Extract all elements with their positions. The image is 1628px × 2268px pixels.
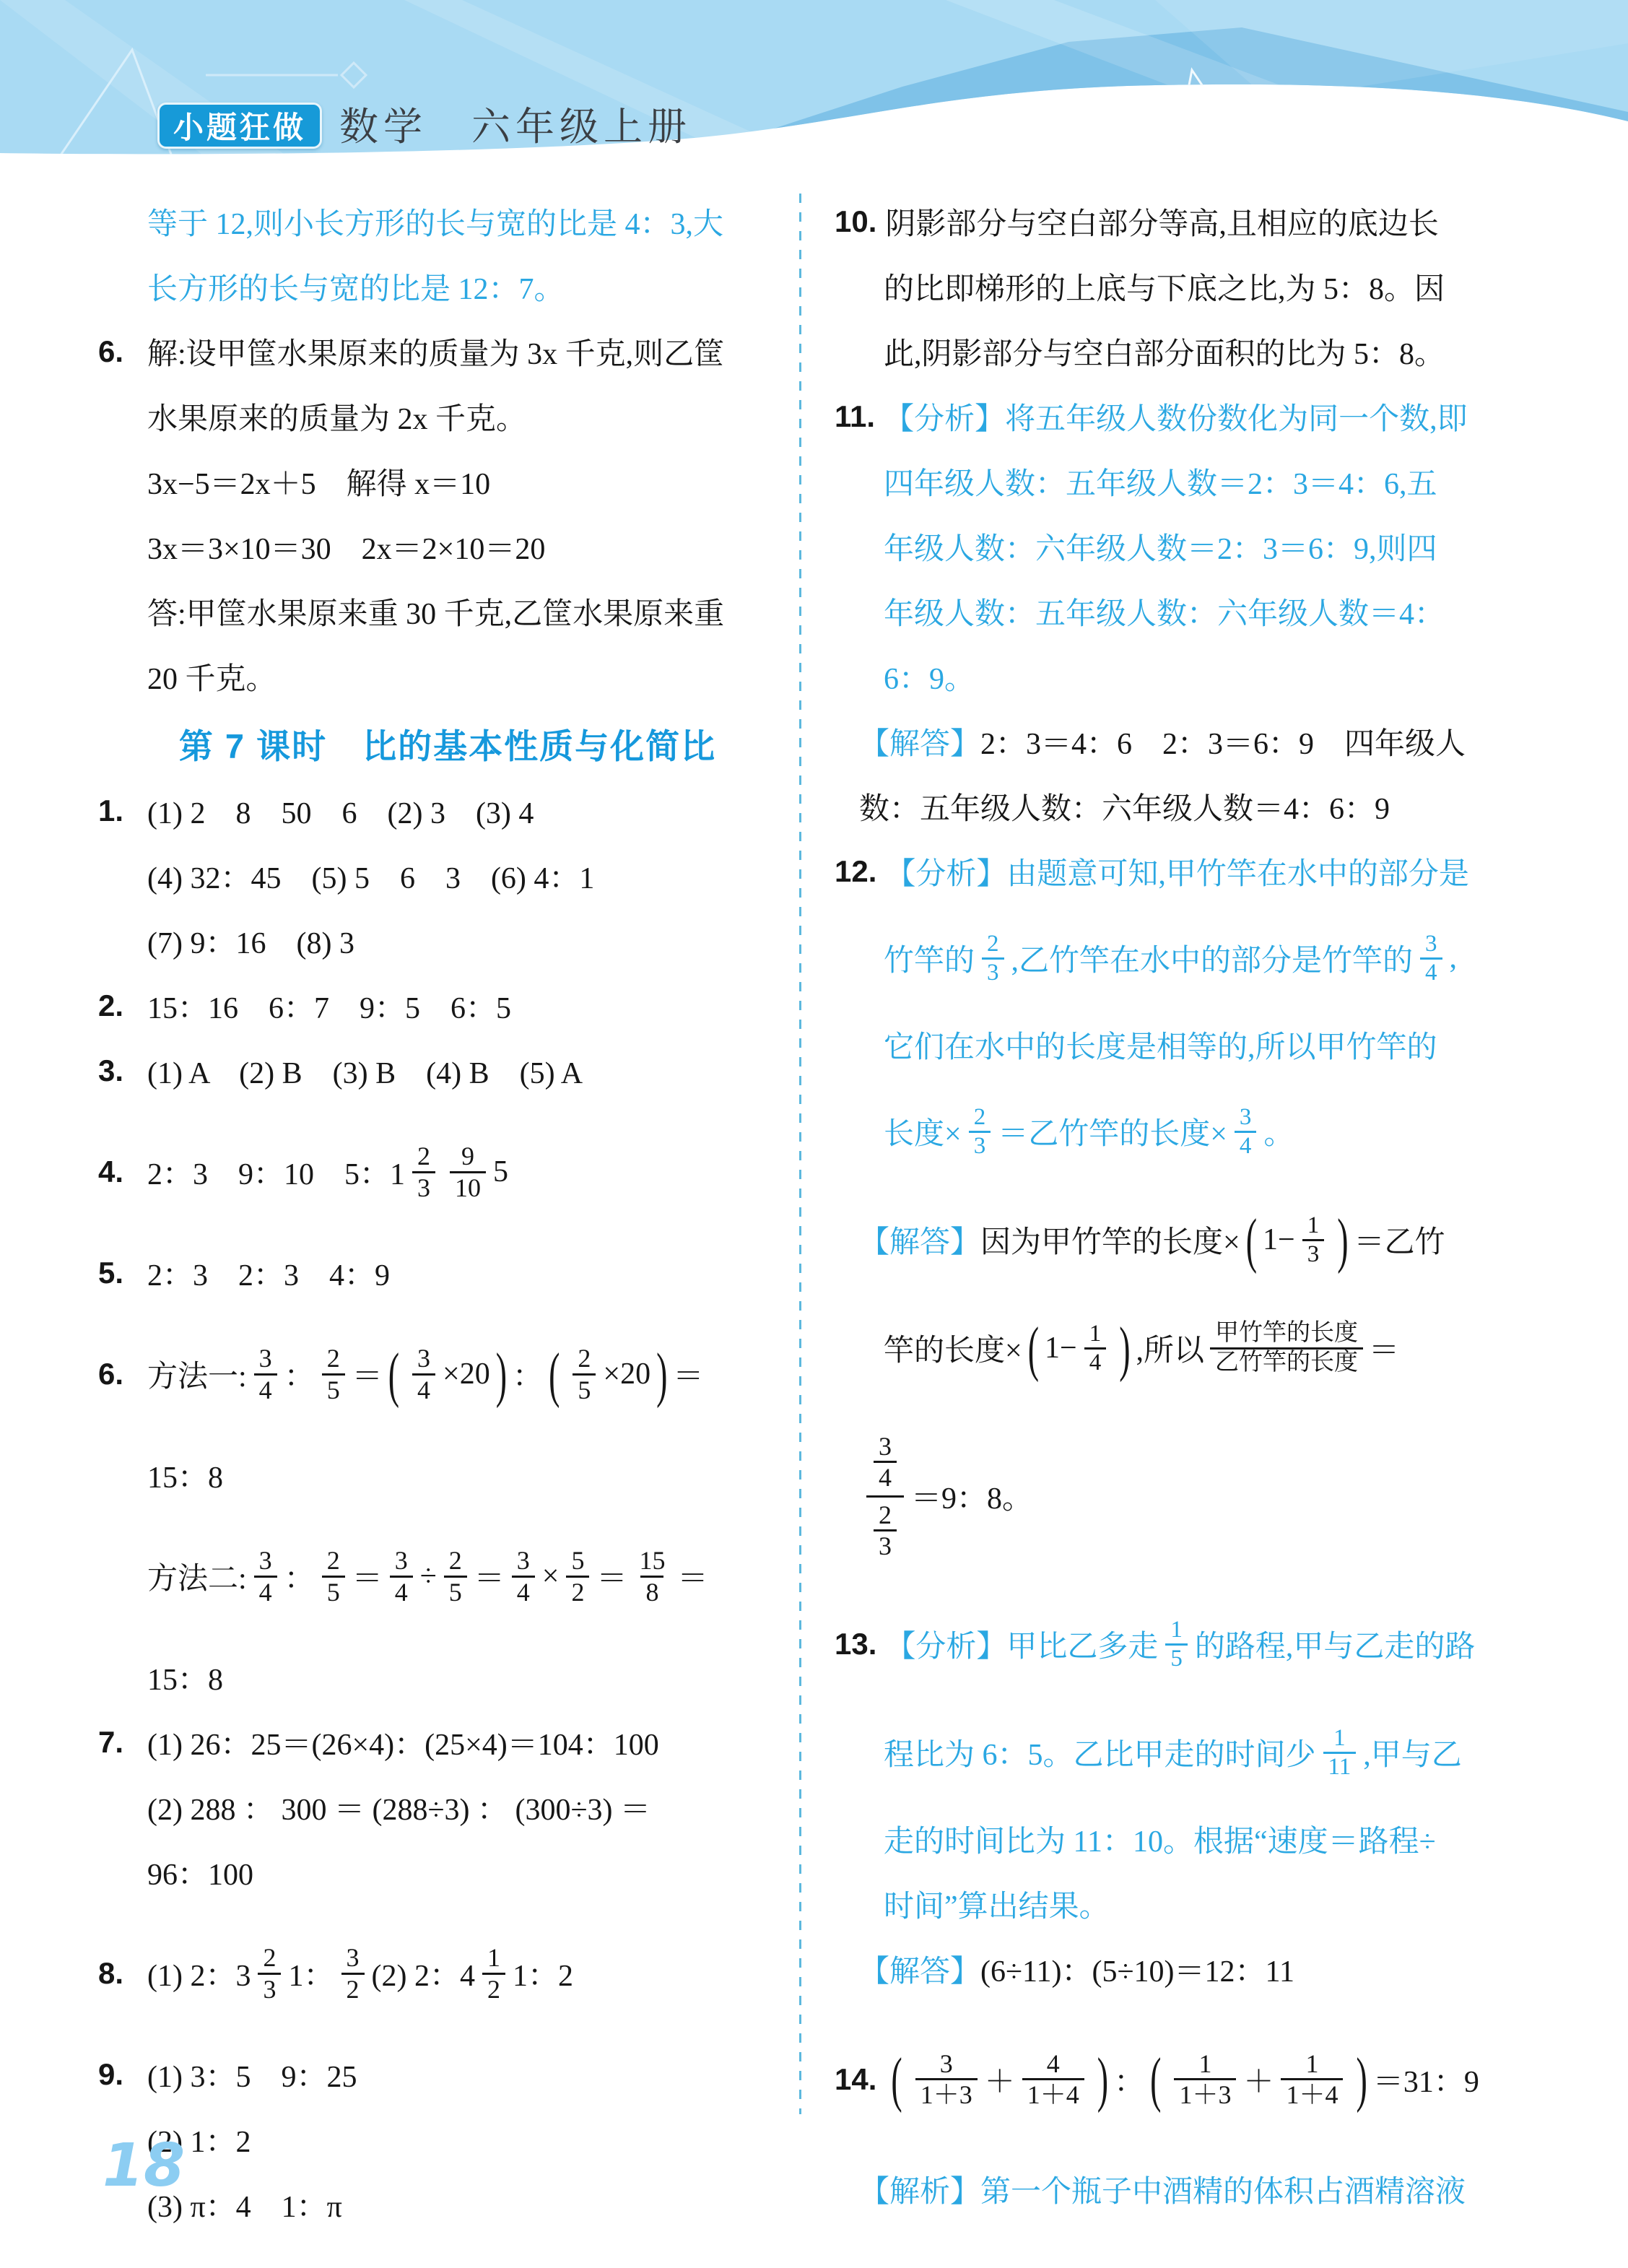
answer-line: 7.(1) 26：25＝(26×4)：(25×4)＝104：100 (98, 1710, 797, 1775)
fraction: 14 (1084, 1321, 1107, 1376)
answer-text: 长度× (884, 1110, 962, 1153)
answer-text: 方法一: (147, 1352, 247, 1396)
fraction: 34 (1235, 1104, 1257, 1160)
fraction: 34 (874, 1432, 897, 1493)
answer-text: 年级人数：六年级人数＝2：3＝6：9,则四 (884, 525, 1437, 568)
fraction: 32 (341, 1943, 365, 2004)
left-paren: ( (1246, 1204, 1257, 1275)
answer-line: 长度× 23 ＝乙竹竿的长度× 34 。 (835, 1077, 1553, 1186)
right-column: 10.阴影部分与空白部分等高,且相应的底边长 的比即梯形的上底与下底之比,为 5… (835, 189, 1553, 2222)
answer-text: 程比为 6：5。乙比甲走的时间少 (884, 1731, 1316, 1774)
fraction: 25 (322, 1546, 345, 1607)
fraction: 34 (512, 1546, 535, 1607)
answer-text: 3x−5＝2x＋5 解得 x＝10 (147, 460, 490, 503)
answer-line: 数：五年级人数：六年级人数＝4：6：9 (835, 774, 1553, 839)
answer-line: 年级人数：六年级人数＝2：3＝6：9,则四 (835, 514, 1553, 579)
item-number: 13. (835, 1627, 876, 1661)
answer-line: 此,阴影部分与空白部分面积的比为 5：8。 (835, 319, 1553, 384)
answer-line: 6.解:设甲筐水果原来的质量为 3x 千克,则乙筐 (98, 319, 797, 384)
answer-text: ,乙竹竿在水中的部分是竹竿的 (1011, 937, 1414, 980)
answer-text: (1) 2 8 50 6 (2) 3 (3) 4 (147, 789, 534, 833)
workbook-answer-page: { "header": { "badge": "小题狂做", "title": … (0, 0, 1628, 2268)
header-wave-graphic (0, 0, 1628, 188)
answer-text: 解:设甲筐水果原来的质量为 3x 千克,则乙筐 (147, 330, 724, 373)
answer-line: 15：8 (98, 1443, 797, 1508)
ratio-colon: ： (284, 1352, 315, 1396)
answer-text: 将五年级人数份数化为同一个数,即 (1005, 395, 1468, 438)
left-paren: ( (549, 1339, 560, 1409)
answer-line: 3x−5＝2x＋5 解得 x＝10 (98, 449, 797, 514)
fraction: 41＋4 (1022, 2049, 1084, 2110)
answer-line: 时间”算出结果。 (835, 1872, 1553, 1937)
right-paren: ) (1337, 1204, 1348, 1275)
answer-line: 的比即梯形的上底与下底之比,为 5：8。因 (835, 254, 1553, 319)
answer-line: 5.2：3 2：3 4：9 (98, 1241, 797, 1305)
equals-sign: ＝ (596, 1555, 627, 1598)
right-paren: ) (496, 1339, 507, 1409)
plus-sign: ＋ (1243, 2058, 1274, 2101)
answer-text: 它们在水中的长度是相等的,所以甲竹竿的 (884, 1023, 1437, 1066)
fraction: 34 (1420, 931, 1442, 986)
fraction: 31＋3 (915, 2049, 978, 2110)
answer-line: 4. 2：3 9：10 5：1 23 910 5 (98, 1103, 797, 1241)
answer-line: 四年级人数：五年级人数＝2：3＝4：6,五 (835, 449, 1553, 514)
answer-text: 等于 12,则小长方形的长与宽的比是 4：3,大 (147, 200, 723, 243)
answer-text: 2：3 2：3 4：9 (147, 1251, 390, 1295)
page-header: 小题狂做 数学 六年级上册 (0, 0, 1628, 188)
answer-text: 15：8 (147, 1656, 223, 1699)
item-number: 8. (98, 1956, 139, 1991)
answer-text: ,甲与乙 (1363, 1731, 1462, 1774)
answer-text: (1) 26：25＝(26×4)：(25×4)＝104：100 (147, 1721, 659, 1764)
answer-text: 竹竿的 (884, 937, 975, 980)
item-number: 3. (98, 1053, 139, 1088)
book-title: 数学 六年级上册 (339, 103, 692, 144)
answer-line: 1.(1) 2 8 50 6 (2) 3 (3) 4 (98, 778, 797, 843)
page-number: 18 (103, 2132, 185, 2200)
answer-line: 长方形的长与宽的比是 12：7。 (98, 254, 797, 319)
answer-text: (2) 2：4 (372, 1952, 475, 1995)
fraction: 13 (1302, 1212, 1325, 1268)
item-number: 14. (835, 2062, 876, 2097)
times-sign: × (542, 1559, 560, 1594)
item-number: 9. (98, 2057, 139, 2092)
answer-line: 12.【分析】由题意可知,甲竹竿在水中的部分是 (835, 839, 1553, 904)
fraction: 25 (444, 1546, 467, 1607)
fraction: 12 (482, 1943, 505, 2004)
answer-text: 时间”算出结果。 (884, 1882, 1110, 1926)
answer-text: ＝乙竹竿的长度× (998, 1110, 1227, 1153)
fraction: 15 (1165, 1617, 1188, 1672)
answer-line: 等于 12,则小长方形的长与宽的比是 4：3,大 (98, 189, 797, 254)
answer-text: 96：100 (147, 1851, 253, 1894)
fraction: 158 (634, 1546, 670, 1607)
fraction: 11＋4 (1281, 2049, 1343, 2110)
answer-line: 6. 方法一: 34 ： 25 ＝ ( 34 ×20 ) ： ( 25 ×20 … (98, 1305, 797, 1443)
plus-sign: ＋ (985, 2058, 1015, 2101)
answer-text: 水果原来的质量为 2x 千克。 (147, 395, 526, 438)
fraction: 23 (412, 1142, 435, 1202)
item-number: 6. (98, 1357, 139, 1391)
item-number: 6. (98, 334, 139, 369)
ratio-colon: ： (284, 1555, 315, 1598)
answer-text: (7) 9：16 (8) 3 (147, 919, 354, 963)
answer-line: 3x＝3×10＝30 2x＝2×10＝20 (98, 514, 797, 579)
answer-text: 5 (493, 1155, 508, 1189)
answer-line: 它们在水中的长度是相等的,所以甲竹竿的 (835, 1012, 1553, 1077)
equals-sign: ＝ (352, 1352, 383, 1396)
divide-sign: ÷ (420, 1559, 437, 1594)
answer-line: 15：8 (98, 1645, 797, 1710)
analysis-label: 【分析】 (885, 1622, 1006, 1666)
answer-text: (1) A (2) B (3) B (4) B (5) A (147, 1049, 583, 1092)
answer-text: 1− (1045, 1331, 1077, 1365)
section-heading: 第 7 课时 比的基本性质与化简比 (98, 709, 797, 778)
answer-text: ＝乙竹 (1354, 1218, 1445, 1261)
answer-text: (1) 2：3 (147, 1952, 251, 1995)
answer-line: 11.【分析】将五年级人数份数化为同一个数,即 (835, 384, 1553, 449)
answer-text: 。 (1263, 1110, 1294, 1153)
fraction: 34 (412, 1344, 435, 1404)
answer-line: (4) 32：45 (5) 5 6 3 (6) 4：1 (98, 843, 797, 908)
answer-text: 1：2 (513, 1952, 573, 1995)
answer-line: (2) 288 ： 300 ＝ (288÷3) ： (300÷3) ＝ (98, 1775, 797, 1840)
answer-line: (7) 9：16 (8) 3 (98, 908, 797, 973)
right-paren: ) (656, 1339, 667, 1409)
fraction: 23 (258, 1943, 281, 2004)
answer-text: 的比即梯形的上底与下底之比,为 5：8。因 (884, 265, 1445, 308)
left-column: 等于 12,则小长方形的长与宽的比是 4：3,大 长方形的长与宽的比是 12：7… (98, 189, 797, 2237)
answer-line: 程比为 6：5。乙比甲走的时间少 111 ,甲与乙 (835, 1698, 1553, 1807)
fraction: 11＋3 (1174, 2049, 1236, 2110)
answer-text: 的路程,甲与乙走的路 (1195, 1622, 1476, 1666)
ratio-colon: ： (513, 1352, 543, 1396)
left-paren: ( (891, 2043, 902, 2114)
fraction: 23 (982, 931, 1004, 986)
column-divider (799, 194, 801, 2114)
answer-text: 第一个瓶子中酒精的体积占酒精溶液 (980, 2168, 1466, 2211)
answer-line: 8. (1) 2：3 23 1： 32 (2) 2：4 12 1：2 (98, 1905, 797, 2042)
item-number: 7. (98, 1725, 139, 1760)
analysis-label: 【分析】 (884, 395, 1005, 438)
fraction: 25 (322, 1344, 345, 1404)
solution-label: 【解答】 (859, 1947, 980, 1991)
answer-text: 1− (1263, 1222, 1295, 1257)
fraction: 34 (390, 1546, 413, 1607)
explanation-label: 【解析】 (859, 2168, 980, 2211)
answer-line: 水果原来的质量为 2x 千克。 (98, 384, 797, 449)
equals-sign: ＝ (474, 1555, 505, 1598)
answer-text: 因为甲竹竿的长度× (980, 1218, 1240, 1261)
item-number: 1. (98, 794, 139, 828)
answer-line: 答:甲筐水果原来重 30 千克,乙筐水果原来重 (98, 579, 797, 644)
answer-text: 答:甲筐水果原来重 30 千克,乙筐水果原来重 (147, 590, 724, 633)
answer-text: ×20 (603, 1357, 650, 1391)
item-number: 4. (98, 1155, 139, 1189)
answer-text: ＝31：9 (1373, 2058, 1479, 2101)
ratio-colon: ： (1114, 2058, 1144, 2101)
answer-text: 3x＝3×10＝30 2x＝2×10＝20 (147, 525, 545, 568)
complex-fraction: 34 23 (866, 1429, 904, 1563)
left-paren: ( (388, 1339, 399, 1409)
item-number: 11. (835, 399, 875, 434)
item-number: 12. (835, 854, 876, 889)
answer-text: 方法二: (147, 1555, 247, 1598)
answer-line: 走的时间比为 11：10。根据“速度＝路程÷ (835, 1807, 1553, 1872)
right-paren: ) (1097, 2043, 1108, 2114)
answer-line: 方法二: 34 ： 25 ＝ 34 ÷ 25 ＝ 34 × 52 ＝ 158 ＝ (98, 1508, 797, 1645)
answer-text: 竿的长度× (884, 1326, 1022, 1370)
answer-text: 6：9。 (884, 655, 975, 698)
analysis-label: 【分析】 (885, 850, 1006, 893)
answer-text: (2) 288 ： 300 ＝ (288÷3) ： (300÷3) ＝ (147, 1786, 650, 1829)
equals-sign: ＝ (352, 1555, 383, 1598)
fraction: 111 (1323, 1725, 1357, 1781)
answer-text: ＝9：8。 (911, 1474, 1032, 1518)
answer-line: 竹竿的 23 ,乙竹竿在水中的部分是竹竿的 34 , (835, 904, 1553, 1012)
fraction: 23 (874, 1500, 897, 1561)
answer-line: 6：9。 (835, 644, 1553, 709)
answer-line: 13. 【分析】 甲比乙多走 15 的路程,甲与乙走的路 (835, 1590, 1553, 1698)
answer-text: 2：3＝4：6 2：3＝6：9 四年级人 (980, 720, 1466, 763)
answer-line: 96：100 (98, 1840, 797, 1905)
answer-line: 年级人数：五年级人数：六年级人数＝4： (835, 579, 1553, 644)
answer-text: 甲比乙多走 (1006, 1622, 1158, 1666)
equals-sign: ＝ (673, 1352, 703, 1396)
left-paren: ( (1028, 1313, 1039, 1383)
answer-text: 长方形的长与宽的比是 12：7。 (147, 265, 565, 308)
answer-text: 15：8 (147, 1454, 223, 1497)
equals-sign: ＝ (677, 1555, 708, 1598)
right-paren: ) (1119, 1313, 1130, 1383)
left-paren: ( (1150, 2043, 1161, 2114)
answer-line: (3) π：4 1：π (98, 2172, 797, 2237)
fraction: 34 (254, 1344, 277, 1404)
answer-text: ×20 (443, 1357, 490, 1391)
answer-text: (6÷11)：(5÷10)＝12：11 (980, 1947, 1294, 1991)
answer-text: 2：3 9：10 5：1 (147, 1150, 405, 1194)
fraction: 910 (450, 1142, 486, 1202)
answer-text: 20 千克。 (147, 655, 277, 698)
answer-text: 15：16 6：7 9：5 6：5 (147, 984, 511, 1027)
answer-line: 9.(1) 3：5 9：25 (98, 2042, 797, 2107)
solution-label: 【解答】 (859, 720, 980, 763)
item-number: 5. (98, 1256, 139, 1290)
answer-line: (2) 1：2 (98, 2107, 797, 2172)
answer-text: 此,阴影部分与空白部分面积的比为 5：8。 (884, 330, 1445, 373)
answer-text: (4) 32：45 (5) 5 6 3 (6) 4：1 (147, 854, 594, 898)
item-number: 10. (835, 204, 876, 239)
answer-text: 阴影部分与空白部分等高,且相应的底边长 (885, 200, 1439, 243)
fraction: 34 (254, 1546, 277, 1607)
fraction: 23 (969, 1104, 991, 1160)
fraction: 52 (566, 1546, 589, 1607)
fraction: 25 (573, 1344, 596, 1404)
series-badge: 小题狂做 (157, 103, 322, 149)
solution-label: 【解答】 (859, 1218, 980, 1261)
right-paren: ) (1356, 2043, 1367, 2114)
text-fraction: 甲竹竿的长度乙竹竿的长度 (1210, 1320, 1363, 1377)
answer-text: 年级人数：五年级人数：六年级人数＝4： (884, 590, 1445, 633)
answer-text: 数：五年级人数：六年级人数＝4：6：9 (859, 785, 1390, 828)
answer-text: 四年级人数：五年级人数＝2：3＝4：6,五 (884, 460, 1437, 503)
item-number: 2. (98, 989, 139, 1023)
answer-line: 20 千克。 (98, 644, 797, 709)
answer-line: 10.阴影部分与空白部分等高,且相应的底边长 (835, 189, 1553, 254)
answer-text: 走的时间比为 11：10。根据“速度＝路程÷ (884, 1817, 1436, 1861)
answer-line: 【解答】2：3＝4：6 2：3＝6：9 四年级人 (835, 709, 1553, 774)
answer-text: 由题意可知,甲竹竿在水中的部分是 (1006, 850, 1469, 893)
answer-text: (1) 3：5 9：25 (147, 2053, 357, 2096)
answer-line: 【解答】(6÷11)：(5÷10)＝12：11 (835, 1937, 1553, 2002)
answer-text: ,所以 (1136, 1326, 1205, 1370)
answer-line: 竿的长度× ( 1− 14 ) ,所以 甲竹竿的长度乙竹竿的长度 ＝ (835, 1294, 1553, 1402)
answer-line: 3.(1) A (2) B (3) B (4) B (5) A (98, 1038, 797, 1103)
answer-line: 2.15：16 6：7 9：5 6：5 (98, 973, 797, 1038)
answer-line: 【解答】 因为甲竹竿的长度× ( 1− 13 ) ＝乙竹 (835, 1186, 1553, 1294)
answer-line: 【解析】第一个瓶子中酒精的体积占酒精溶液 (835, 2157, 1553, 2222)
answer-line: 34 23 ＝9：8。 (835, 1402, 1553, 1590)
answer-text: ＝ (1369, 1326, 1399, 1370)
answer-line: 14. ( 31＋3 ＋ 41＋4 ) ： ( 11＋3 ＋ 11＋4 ) ＝3… (835, 2002, 1553, 2157)
answer-text: , (1450, 941, 1458, 976)
answer-text: 1： (288, 1952, 334, 1995)
